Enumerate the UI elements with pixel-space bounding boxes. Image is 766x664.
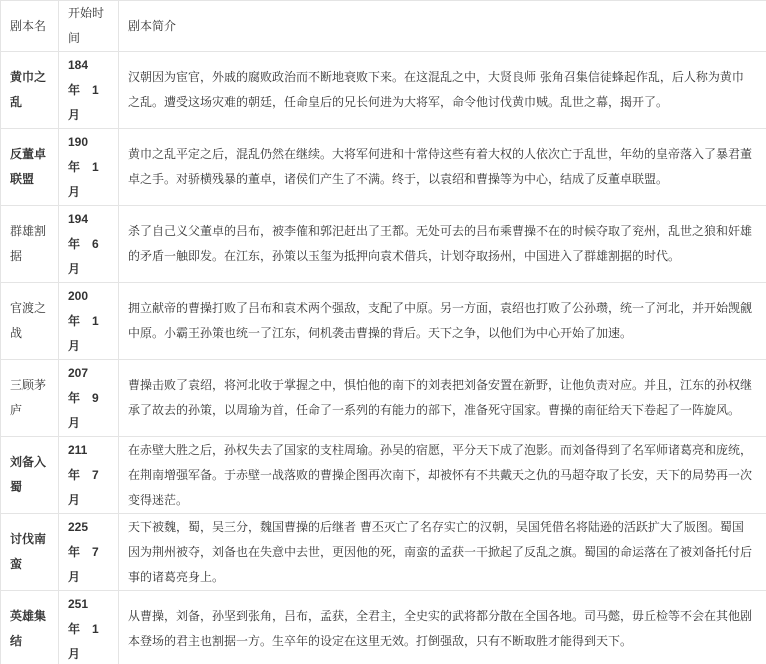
start-year: 225 bbox=[68, 515, 114, 540]
table-row: 讨伐南蛮 225 年 7 月 天下被魏，蜀，吴三分，魏国曹操的后继者 曹丕灭亡了… bbox=[1, 514, 766, 591]
start-year: 190 bbox=[68, 130, 114, 155]
start-month-suffix: 月 bbox=[68, 488, 114, 513]
table-row: 三顾茅庐 207 年 9 月 曹操击败了袁绍，将河北收于掌握之中，惧怕他的南下的… bbox=[1, 360, 766, 437]
scenario-description: 汉朝因为宦官，外戚的腐败政治而不断地衰败下来。在这混乱之中，大贤良师 张角召集信… bbox=[119, 52, 766, 129]
scenario-name: 讨伐南蛮 bbox=[1, 514, 59, 591]
table-row: 官渡之战 200 年 1 月 拥立献帝的曹操打败了吕布和袁术两个强敌，支配了中原… bbox=[1, 283, 766, 360]
start-year-suffix-month: 年 9 bbox=[68, 386, 114, 411]
table-row: 英雄集结 251 年 1 月 从曹操，刘备，孙坚到张角，吕布，孟获，全君主，全史… bbox=[1, 591, 766, 664]
scenario-name: 刘备入蜀 bbox=[1, 437, 59, 514]
start-year-suffix-month: 年 1 bbox=[68, 155, 114, 180]
scenario-description: 曹操击败了袁绍，将河北收于掌握之中，惧怕他的南下的刘表把刘备安置在新野，让他负责… bbox=[119, 360, 766, 437]
scenario-description: 黄巾之乱平定之后，混乱仍然在继续。大将军何进和十常侍这些有着大权的人依次亡于乱世… bbox=[119, 129, 766, 206]
start-month-suffix: 月 bbox=[68, 642, 114, 664]
start-year: 207 bbox=[68, 361, 114, 386]
scenario-description: 杀了自己义父董卓的吕布，被李傕和郭汜赶出了王都。无处可去的吕布乘曹操不在的时候夺… bbox=[119, 206, 766, 283]
start-year: 184 bbox=[68, 53, 114, 78]
scenario-start-date: 194 年 6 月 bbox=[59, 206, 119, 283]
scenario-table: 剧本名 开始时间 剧本简介 黄巾之乱 184 年 1 月 汉朝因为宦官，外戚的腐… bbox=[0, 0, 766, 664]
scenario-name: 反董卓联盟 bbox=[1, 129, 59, 206]
scenario-name: 黄巾之乱 bbox=[1, 52, 59, 129]
header-description: 剧本简介 bbox=[119, 1, 766, 52]
scenario-start-date: 251 年 1 月 bbox=[59, 591, 119, 664]
start-year: 251 bbox=[68, 592, 114, 617]
start-year-suffix-month: 年 1 bbox=[68, 309, 114, 334]
scenario-description: 拥立献帝的曹操打败了吕布和袁术两个强敌，支配了中原。另一方面，袁绍也打败了公孙瓒… bbox=[119, 283, 766, 360]
start-month-suffix: 月 bbox=[68, 257, 114, 282]
start-year: 200 bbox=[68, 284, 114, 309]
scenario-name: 英雄集结 bbox=[1, 591, 59, 664]
start-year: 211 bbox=[68, 438, 114, 463]
scenario-name: 官渡之战 bbox=[1, 283, 59, 360]
start-year: 194 bbox=[68, 207, 114, 232]
start-year-suffix-month: 年 1 bbox=[68, 78, 114, 103]
start-year-suffix-month: 年 7 bbox=[68, 463, 114, 488]
scenario-start-date: 184 年 1 月 bbox=[59, 52, 119, 129]
scenario-start-date: 211 年 7 月 bbox=[59, 437, 119, 514]
scenario-name: 三顾茅庐 bbox=[1, 360, 59, 437]
start-month-suffix: 月 bbox=[68, 565, 114, 590]
scenario-name: 群雄割据 bbox=[1, 206, 59, 283]
table-row: 黄巾之乱 184 年 1 月 汉朝因为宦官，外戚的腐败政治而不断地衰败下来。在这… bbox=[1, 52, 766, 129]
start-month-suffix: 月 bbox=[68, 334, 114, 359]
table-row: 群雄割据 194 年 6 月 杀了自己义父董卓的吕布，被李傕和郭汜赶出了王都。无… bbox=[1, 206, 766, 283]
scenario-start-date: 207 年 9 月 bbox=[59, 360, 119, 437]
start-month-suffix: 月 bbox=[68, 411, 114, 436]
start-month-suffix: 月 bbox=[68, 103, 114, 128]
scenario-description: 从曹操，刘备，孙坚到张角，吕布，孟获，全君主，全史实的武将都分散在全国各地。司马… bbox=[119, 591, 766, 664]
start-month-suffix: 月 bbox=[68, 180, 114, 205]
table-header-row: 剧本名 开始时间 剧本简介 bbox=[1, 1, 766, 52]
scenario-start-date: 200 年 1 月 bbox=[59, 283, 119, 360]
start-year-suffix-month: 年 1 bbox=[68, 617, 114, 642]
header-scenario-name: 剧本名 bbox=[1, 1, 59, 52]
table-body: 黄巾之乱 184 年 1 月 汉朝因为宦官，外戚的腐败政治而不断地衰败下来。在这… bbox=[1, 52, 766, 664]
scenario-start-date: 225 年 7 月 bbox=[59, 514, 119, 591]
table-row: 刘备入蜀 211 年 7 月 在赤壁大胜之后，孙权失去了国家的支柱周瑜。孙吴的宿… bbox=[1, 437, 766, 514]
scenario-description: 在赤壁大胜之后，孙权失去了国家的支柱周瑜。孙吴的宿愿，平分天下成了泡影。而刘备得… bbox=[119, 437, 766, 514]
header-start-time: 开始时间 bbox=[59, 1, 119, 52]
table-row: 反董卓联盟 190 年 1 月 黄巾之乱平定之后，混乱仍然在继续。大将军何进和十… bbox=[1, 129, 766, 206]
scenario-start-date: 190 年 1 月 bbox=[59, 129, 119, 206]
scenario-description: 天下被魏，蜀，吴三分，魏国曹操的后继者 曹丕灭亡了名存实亡的汉朝，吴国凭借名将陆… bbox=[119, 514, 766, 591]
start-year-suffix-month: 年 7 bbox=[68, 540, 114, 565]
start-year-suffix-month: 年 6 bbox=[68, 232, 114, 257]
